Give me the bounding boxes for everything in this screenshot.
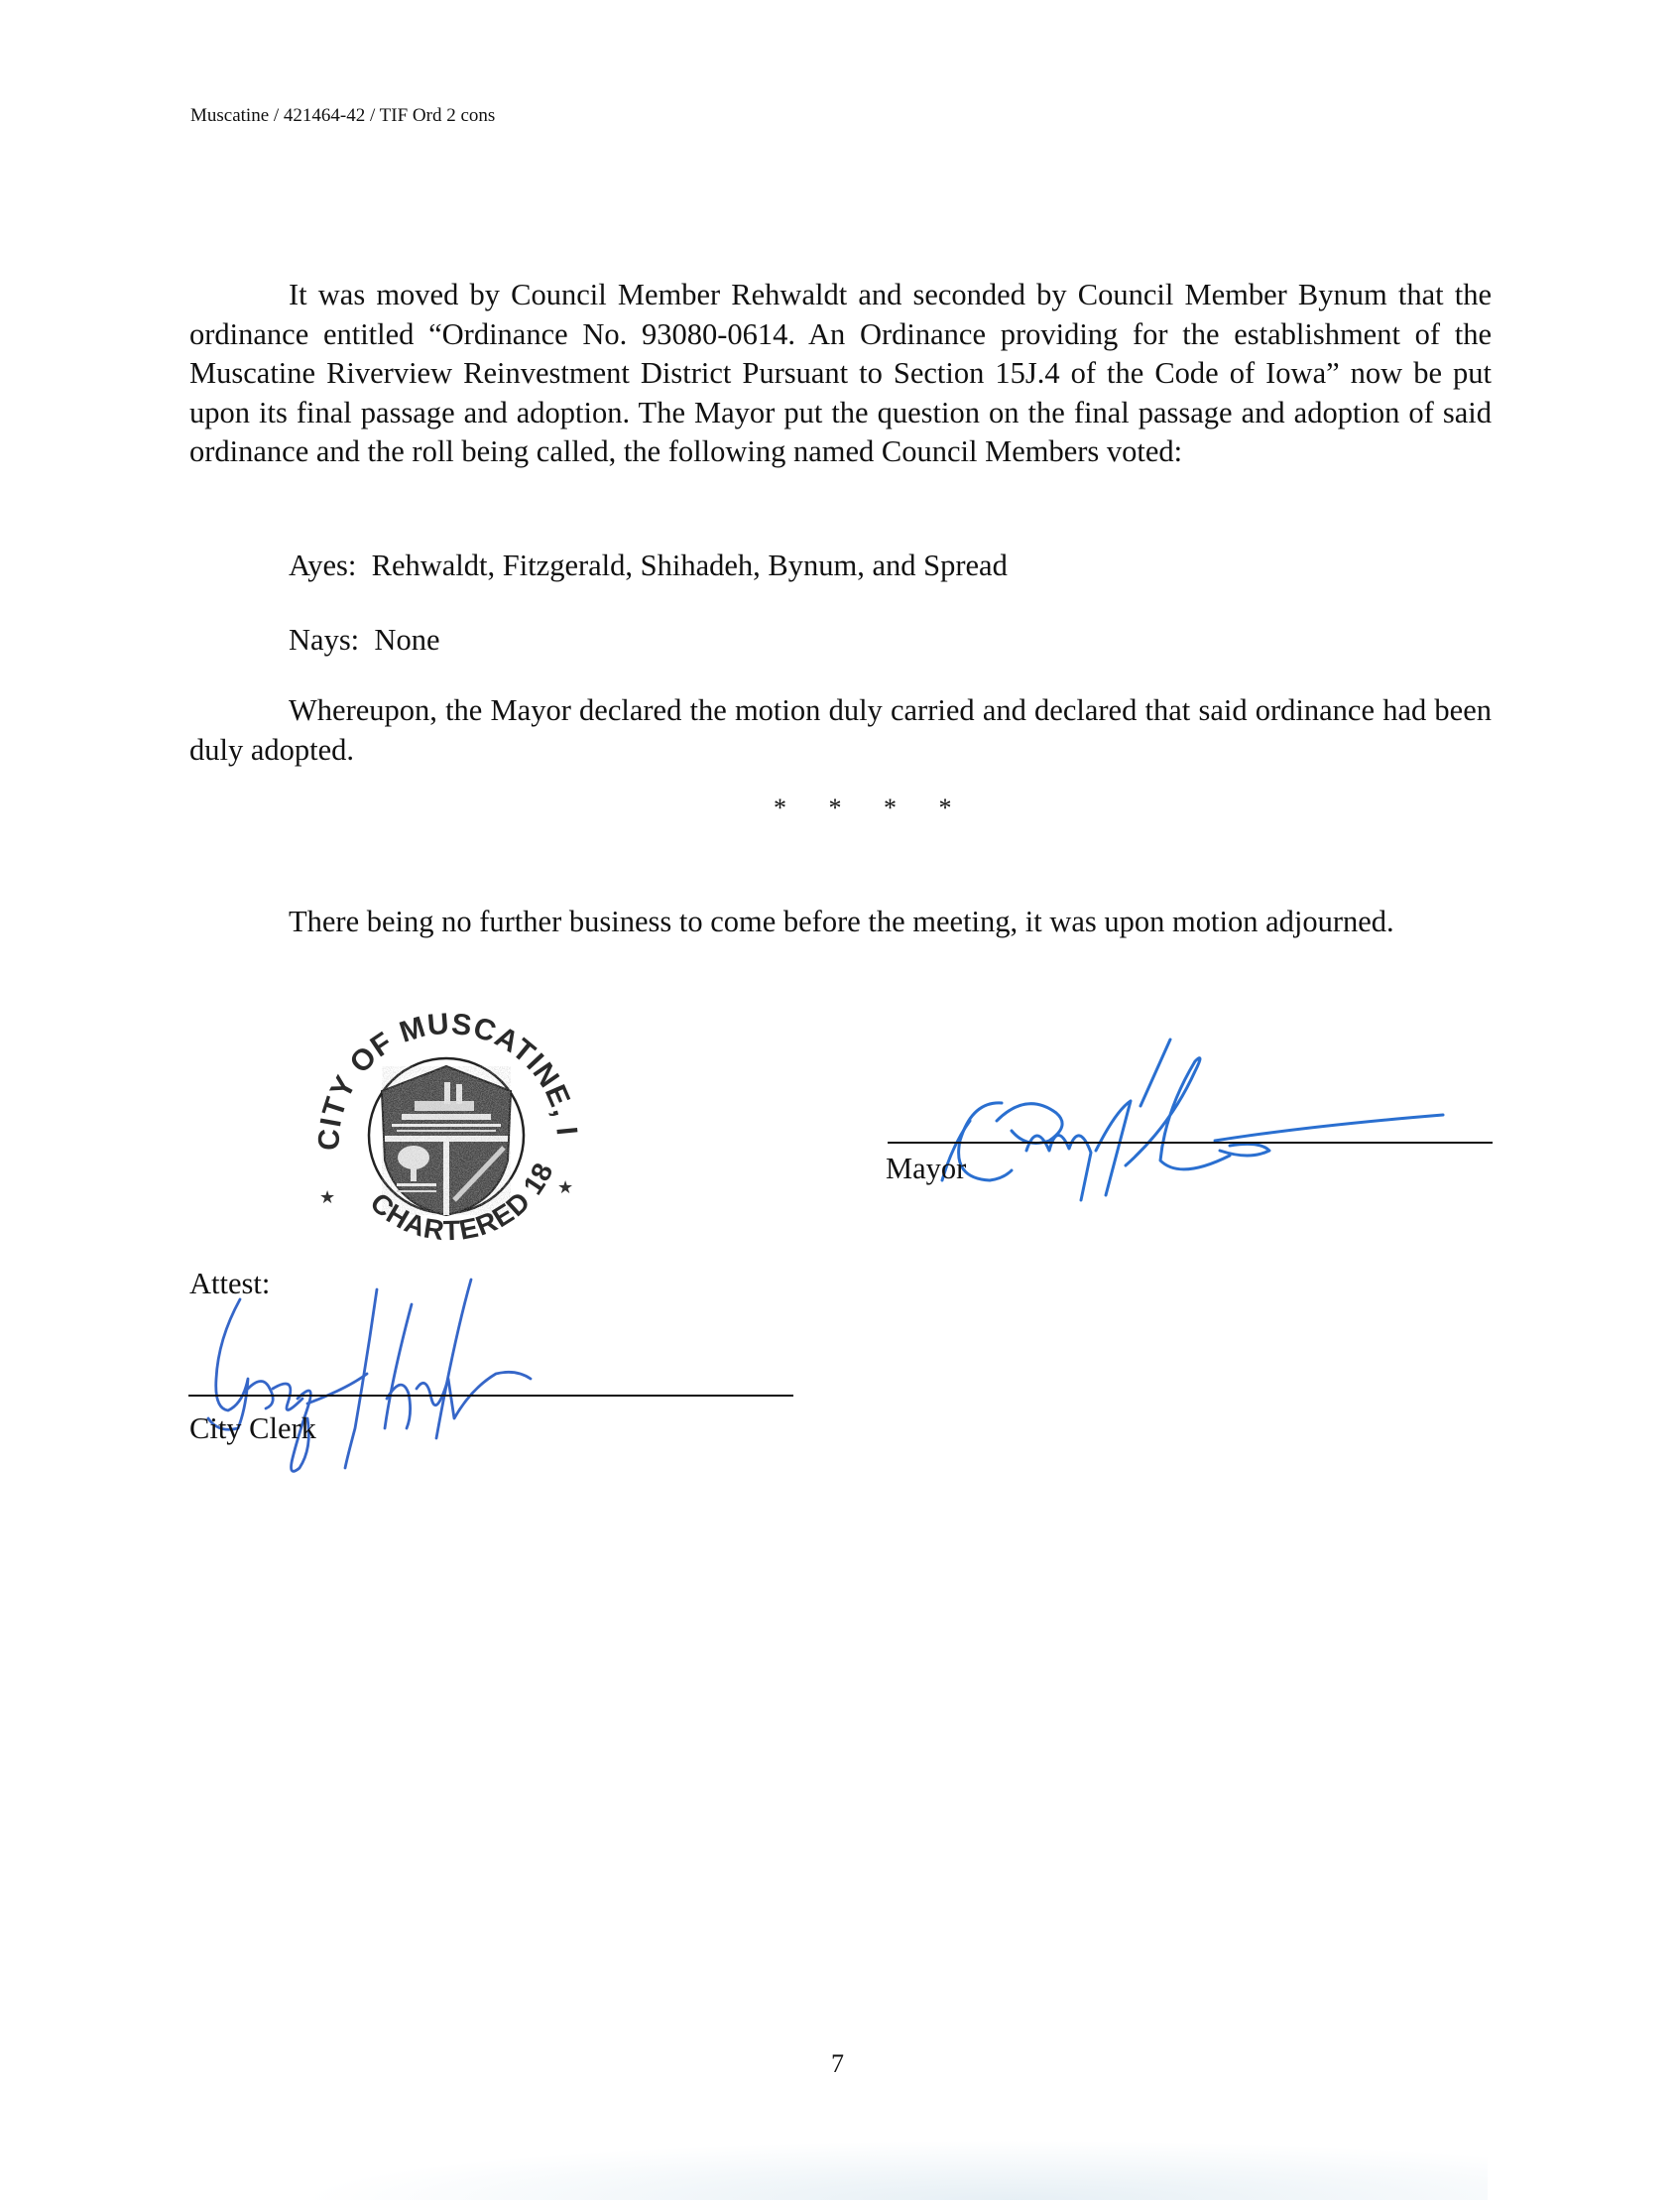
mayor-label: Mayor xyxy=(886,1151,966,1186)
motion-text: It was moved by Council Member Rehwaldt … xyxy=(189,278,1492,468)
ayes-names: Rehwaldt, Fitzgerald, Shihadeh, Bynum, a… xyxy=(372,549,1008,582)
adjournment-text: There being no further business to come … xyxy=(289,905,1394,938)
city-seal-icon: CITY OF MUSCATINE, IOWA CHARTERED 1851 ★… xyxy=(298,987,595,1284)
document-reference-header: Muscatine / 421464-42 / TIF Ord 2 cons xyxy=(190,104,495,128)
clerk-signature-line xyxy=(188,1395,793,1397)
document-page: Muscatine / 421464-42 / TIF Ord 2 cons I… xyxy=(0,0,1680,2200)
declaration-paragraph: Whereupon, the Mayor declared the motion… xyxy=(189,691,1492,770)
city-clerk-label: City Clerk xyxy=(189,1410,316,1446)
ayes-line: Ayes: Rehwaldt, Fitzgerald, Shihadeh, By… xyxy=(289,546,1008,585)
svg-text:★: ★ xyxy=(319,1187,335,1208)
nays-names: None xyxy=(374,623,439,657)
section-separator: * * * * xyxy=(774,794,970,823)
declaration-text: Whereupon, the Mayor declared the motion… xyxy=(189,693,1492,767)
motion-paragraph: It was moved by Council Member Rehwaldt … xyxy=(189,276,1492,472)
mayor-signature-line xyxy=(888,1142,1493,1144)
mayor-signature-icon xyxy=(932,1032,1448,1210)
scan-artifact xyxy=(298,2140,1488,2200)
adjournment-paragraph: There being no further business to come … xyxy=(189,903,1492,942)
page-number: 7 xyxy=(831,2049,844,2079)
clerk-signature-icon xyxy=(188,1280,625,1478)
svg-text:★: ★ xyxy=(557,1177,573,1198)
nays-line: Nays: None xyxy=(289,620,440,660)
nays-label: Nays: xyxy=(289,623,359,657)
ayes-label: Ayes: xyxy=(289,549,356,582)
